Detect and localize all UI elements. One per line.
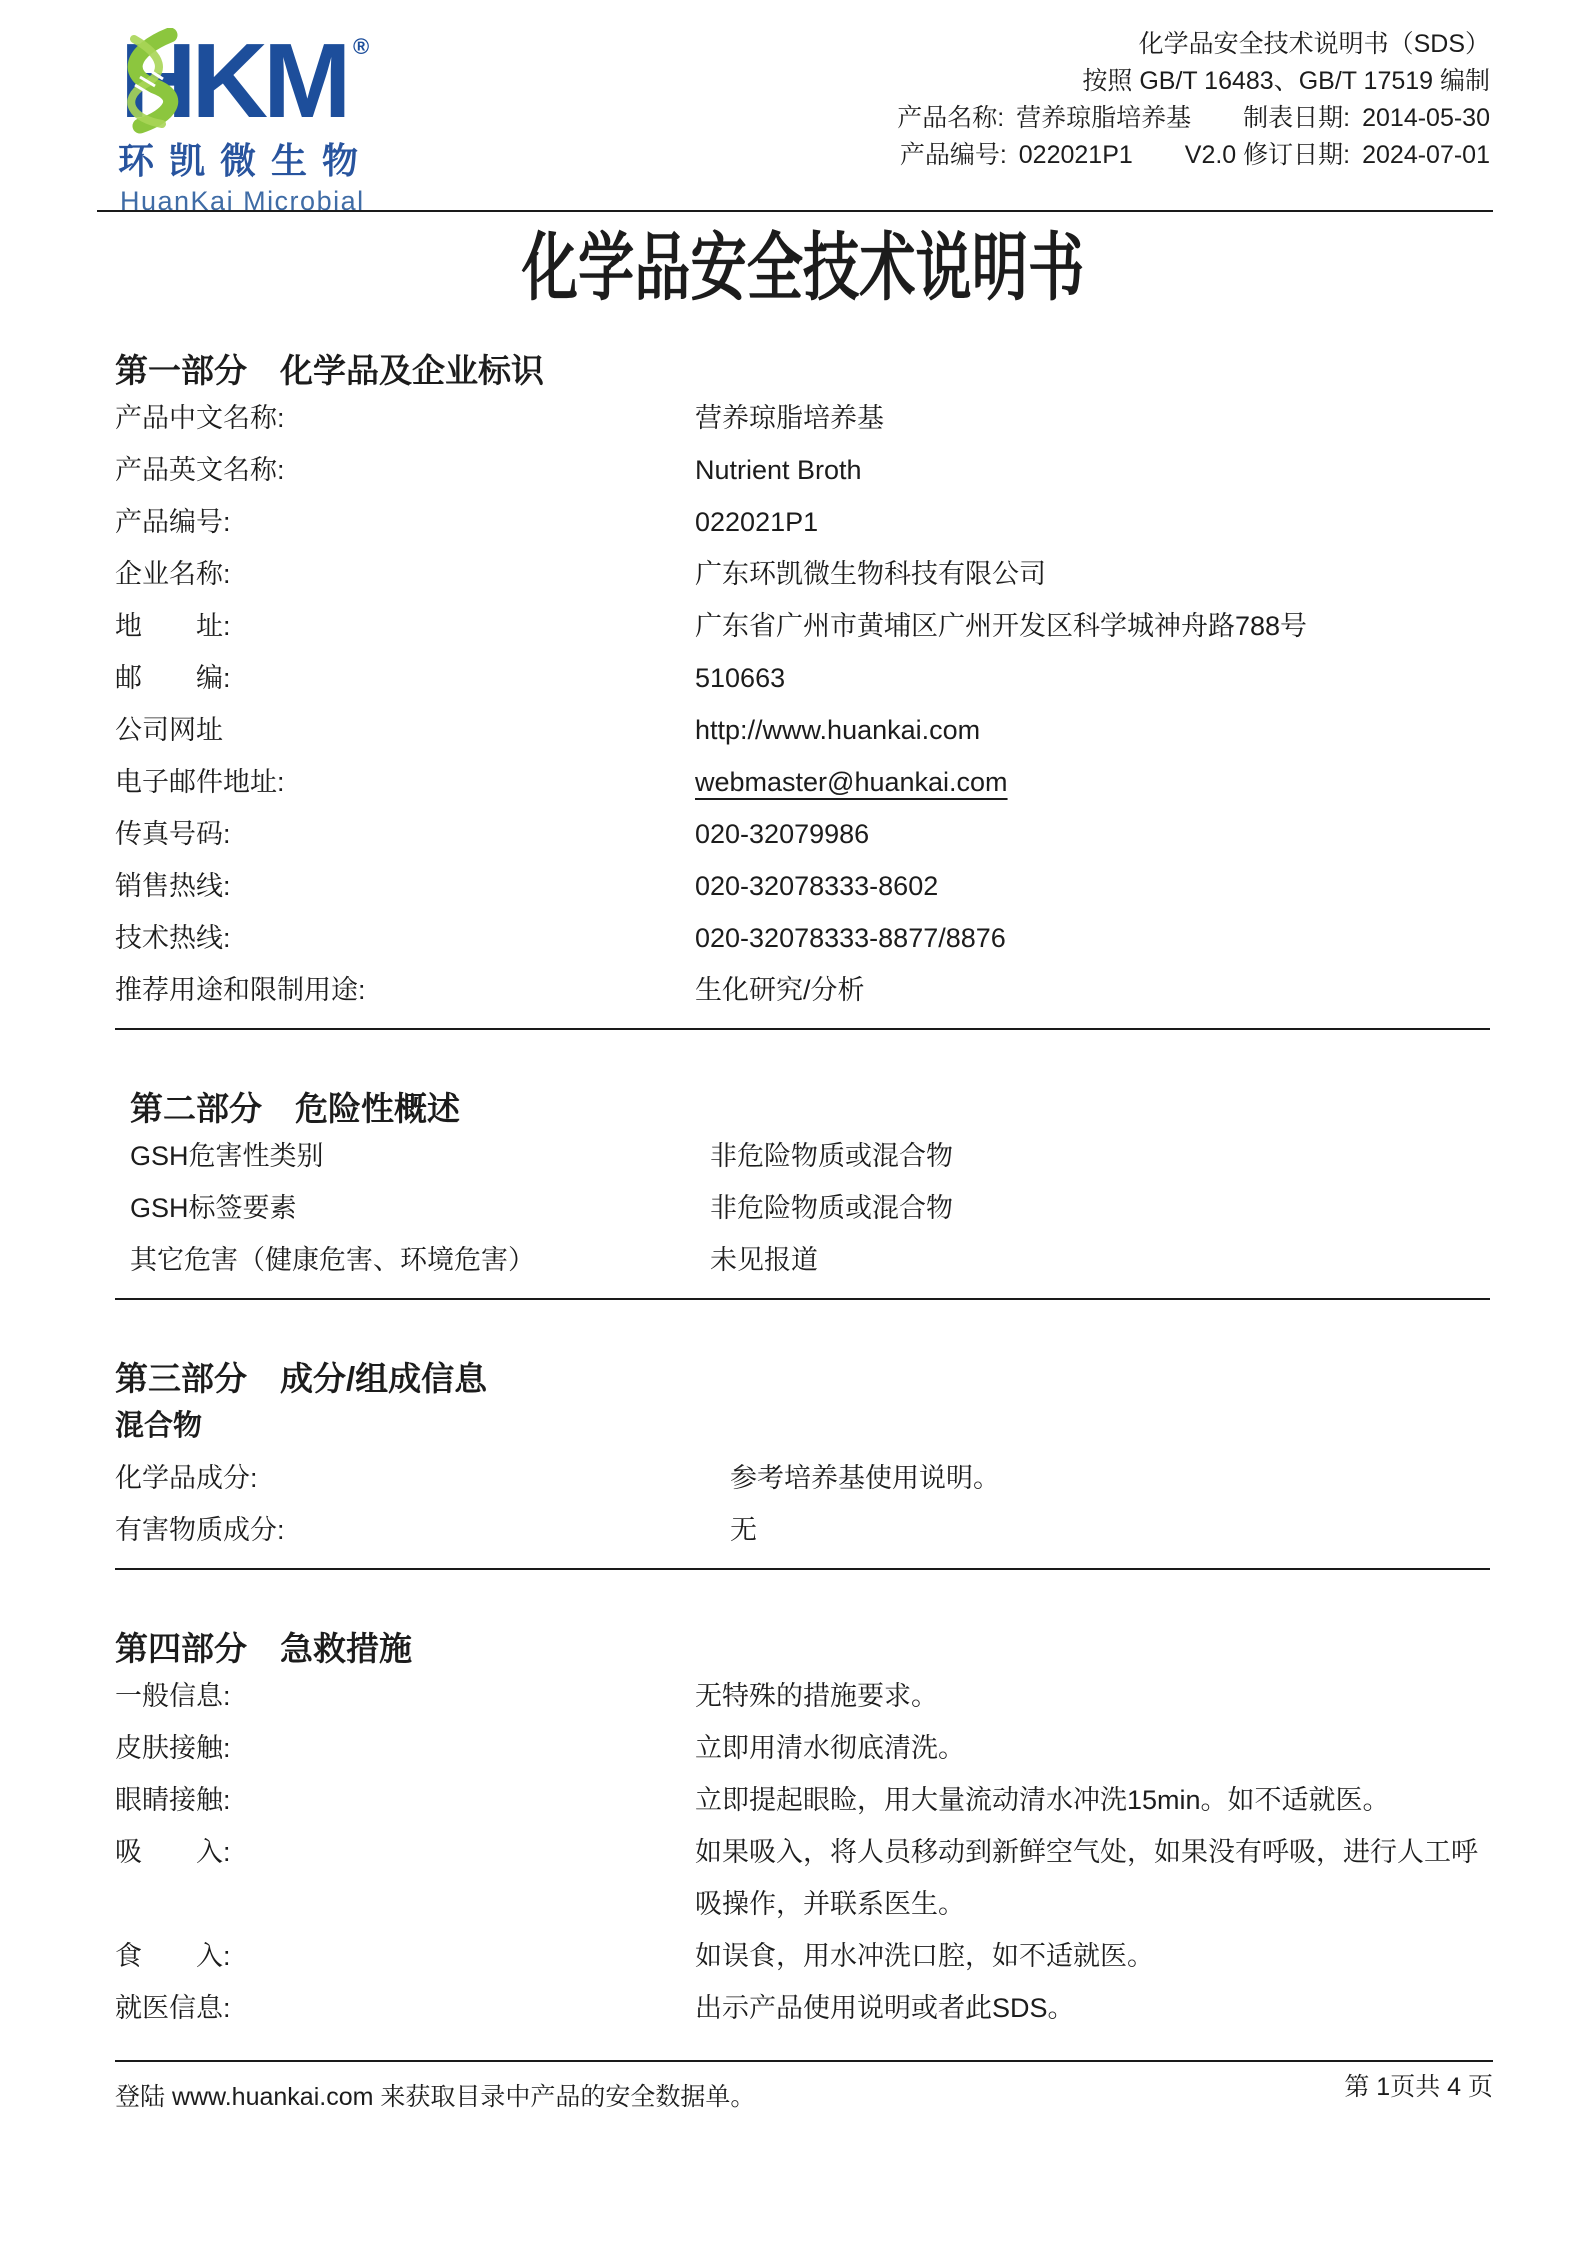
section-1: 第一部分化学品及企业标识产品中文名称:营养琼脂培养基产品英文名称:Nutrien… — [115, 350, 1490, 1030]
field-label: GSH危害性类别 — [130, 1130, 710, 1182]
product-code-value: 022021P1 — [1019, 141, 1133, 169]
section-title: 危险性概述 — [295, 1090, 460, 1127]
document-body: 化学品安全技术说明书 第一部分化学品及企业标识产品中文名称:营养琼脂培养基产品英… — [115, 210, 1490, 2034]
field-row: 一般信息:无特殊的措施要求。 — [115, 1670, 1490, 1722]
field-row: 其它危害（健康危害、环境危害）未见报道 — [130, 1234, 1490, 1286]
product-code-pair: 产品编号:022021P1 — [900, 137, 1133, 174]
field-label: 吸 入: — [115, 1826, 695, 1878]
field-row: 邮 编:510663 — [115, 652, 1490, 704]
field-label: 推荐用途和限制用途: — [115, 964, 695, 1016]
field-label: 传真号码: — [115, 808, 695, 860]
field-row: 皮肤接触:立即用清水彻底清洗。 — [115, 1722, 1490, 1774]
logo-cn-text: 环凯微生物 — [118, 143, 430, 179]
field-value: 生化研究/分析 — [695, 964, 1490, 1016]
field-value: 立即提起眼睑，用大量流动清水冲洗15min。如不适就医。 — [695, 1774, 1490, 1826]
field-label: 眼睛接触: — [115, 1774, 695, 1826]
field-value: 未见报道 — [710, 1234, 1490, 1286]
field-row: 化学品成分:参考培养基使用说明。 — [115, 1452, 1490, 1504]
field-value: 510663 — [695, 652, 1490, 704]
field-label: 技术热线: — [115, 912, 695, 964]
made-date-value: 2014-05-30 — [1362, 104, 1490, 132]
field-row: 地 址:广东省广州市黄埔区广州开发区科学城神舟路788号 — [115, 600, 1490, 652]
section-divider — [115, 1568, 1490, 1570]
field-row: 推荐用途和限制用途:生化研究/分析 — [115, 964, 1490, 1016]
email-link[interactable]: webmaster@huankai.com — [695, 756, 1490, 808]
product-name-line: 产品名称:营养琼脂培养基 制表日期:2014-05-30 — [897, 100, 1490, 137]
product-code-label: 产品编号: — [900, 141, 1007, 169]
field-label: 一般信息: — [115, 1670, 695, 1722]
footer: 登陆 www.huankai.com 来获取目录中产品的安全数据单。 第 1页共… — [115, 2060, 1493, 2113]
field-label: 食 入: — [115, 1930, 695, 1982]
field-label: 就医信息: — [115, 1982, 695, 2034]
sds-page: HKM ® 环凯微生物 HuanKai Microbial 化学品安全技术说明书… — [0, 0, 1587, 2245]
section-heading: 第二部分危险性概述 — [130, 1088, 1490, 1130]
field-row: 眼睛接触:立即提起眼睑，用大量流动清水冲洗15min。如不适就医。 — [115, 1774, 1490, 1826]
field-value: 出示产品使用说明或者此SDS。 — [695, 1982, 1490, 2034]
section-title: 成分/组成信息 — [280, 1360, 487, 1397]
field-label: 公司网址 — [115, 704, 695, 756]
header-meta: 化学品安全技术说明书（SDS） 按照 GB/T 16483、GB/T 17519… — [897, 26, 1490, 174]
field-value: 如果吸入，将人员移动到新鲜空气处，如果没有呼吸，进行人工呼吸操作，并联系医生。 — [695, 1826, 1490, 1930]
field-value: 非危险物质或混合物 — [710, 1182, 1490, 1234]
section-heading: 第三部分成分/组成信息 — [115, 1358, 1490, 1400]
field-label: 地 址: — [115, 600, 695, 652]
field-label: 销售热线: — [115, 860, 695, 912]
field-value: 无 — [730, 1504, 1490, 1556]
section-title: 化学品及企业标识 — [280, 352, 544, 389]
field-label: GSH标签要素 — [130, 1182, 710, 1234]
field-label: 产品英文名称: — [115, 444, 695, 496]
revision-date-label: V2.0 修订日期: — [1185, 141, 1350, 169]
field-value: 020-32078333-8877/8876 — [695, 912, 1490, 964]
field-value: 020-32078333-8602 — [695, 860, 1490, 912]
field-row: GSH危害性类别非危险物质或混合物 — [130, 1130, 1490, 1182]
field-value: 广东环凯微生物科技有限公司 — [695, 548, 1490, 600]
company-logo: HKM ® 环凯微生物 HuanKai Microbial — [110, 28, 430, 215]
section-heading: 第四部分急救措施 — [115, 1628, 1490, 1670]
field-value: 营养琼脂培养基 — [695, 392, 1490, 444]
section-3: 第三部分成分/组成信息混合物化学品成分:参考培养基使用说明。有害物质成分:无 — [115, 1358, 1490, 1570]
field-value: 020-32079986 — [695, 808, 1490, 860]
made-date-label: 制表日期: — [1243, 104, 1350, 132]
registered-mark-icon: ® — [353, 34, 369, 59]
field-row: 传真号码:020-32079986 — [115, 808, 1490, 860]
document-title: 化学品安全技术说明书 — [521, 230, 1083, 306]
field-row: 公司网址http://www.huankai.com — [115, 704, 1490, 756]
section-4: 第四部分急救措施一般信息:无特殊的措施要求。皮肤接触:立即用清水彻底清洗。眼睛接… — [115, 1628, 1490, 2034]
document-title-wrap: 化学品安全技术说明书 — [115, 230, 1490, 306]
field-row: 就医信息:出示产品使用说明或者此SDS。 — [115, 1982, 1490, 2034]
hkm-logo-mark: HKM ® — [110, 28, 410, 134]
section-title: 急救措施 — [280, 1630, 412, 1667]
section-number: 第二部分 — [130, 1090, 262, 1127]
product-name-pair: 产品名称:营养琼脂培养基 — [897, 100, 1191, 137]
product-name-value: 营养琼脂培养基 — [1016, 104, 1191, 132]
field-label: 邮 编: — [115, 652, 695, 704]
field-row: 企业名称:广东环凯微生物科技有限公司 — [115, 548, 1490, 600]
field-value: Nutrient Broth — [695, 444, 1490, 496]
field-value: http://www.huankai.com — [695, 704, 1490, 756]
field-label: 电子邮件地址: — [115, 756, 695, 808]
field-label: 皮肤接触: — [115, 1722, 695, 1774]
doc-type-line: 化学品安全技术说明书（SDS） — [897, 26, 1490, 63]
section-2: 第二部分危险性概述GSH危害性类别非危险物质或混合物GSH标签要素非危险物质或混… — [115, 1088, 1490, 1300]
sections: 第一部分化学品及企业标识产品中文名称:营养琼脂培养基产品英文名称:Nutrien… — [115, 350, 1490, 2034]
field-row: 产品中文名称:营养琼脂培养基 — [115, 392, 1490, 444]
field-value: 立即用清水彻底清洗。 — [695, 1722, 1490, 1774]
field-row: 有害物质成分:无 — [115, 1504, 1490, 1556]
section-number: 第三部分 — [115, 1360, 247, 1397]
field-value: 022021P1 — [695, 496, 1490, 548]
standard-line: 按照 GB/T 16483、GB/T 17519 编制 — [897, 63, 1490, 100]
field-row: 产品编号:022021P1 — [115, 496, 1490, 548]
field-value: 如误食，用水冲洗口腔，如不适就医。 — [695, 1930, 1490, 1982]
field-label: 化学品成分: — [115, 1452, 730, 1504]
field-label: 其它危害（健康危害、环境危害） — [130, 1234, 710, 1286]
product-code-line: 产品编号:022021P1 V2.0 修订日期:2024-07-01 — [897, 137, 1490, 174]
section-subheading: 混合物 — [115, 1400, 1490, 1452]
field-row: 电子邮件地址:webmaster@huankai.com — [115, 756, 1490, 808]
field-row: GSH标签要素非危险物质或混合物 — [130, 1182, 1490, 1234]
field-value: 无特殊的措施要求。 — [695, 1670, 1490, 1722]
field-row: 食 入:如误食，用水冲洗口腔，如不适就医。 — [115, 1930, 1490, 1982]
footer-row: 登陆 www.huankai.com 来获取目录中产品的安全数据单。 第 1页共… — [115, 2062, 1493, 2113]
product-name-label: 产品名称: — [897, 104, 1004, 132]
field-label: 有害物质成分: — [115, 1504, 730, 1556]
section-divider — [115, 1298, 1490, 1300]
section-divider — [115, 1028, 1490, 1030]
section-heading: 第一部分化学品及企业标识 — [115, 350, 1490, 392]
field-row: 产品英文名称:Nutrient Broth — [115, 444, 1490, 496]
field-label: 企业名称: — [115, 548, 695, 600]
revision-date-value: 2024-07-01 — [1362, 141, 1490, 169]
field-label: 产品编号: — [115, 496, 695, 548]
section-number: 第一部分 — [115, 352, 247, 389]
section-number: 第四部分 — [115, 1630, 247, 1667]
field-value: 非危险物质或混合物 — [710, 1130, 1490, 1182]
footer-note: 登陆 www.huankai.com 来获取目录中产品的安全数据单。 — [115, 2077, 755, 2113]
field-row: 销售热线:020-32078333-8602 — [115, 860, 1490, 912]
field-value: 广东省广州市黄埔区广州开发区科学城神舟路788号 — [695, 600, 1490, 652]
field-row: 吸 入:如果吸入，将人员移动到新鲜空气处，如果没有呼吸，进行人工呼吸操作，并联系… — [115, 1826, 1490, 1930]
header: HKM ® 环凯微生物 HuanKai Microbial 化学品安全技术说明书… — [0, 0, 1587, 210]
page-number: 第 1页共 4 页 — [1344, 2067, 1493, 2103]
field-value: 参考培养基使用说明。 — [730, 1452, 1490, 1504]
made-date-pair: 制表日期:2014-05-30 — [1243, 100, 1490, 137]
revision-date-pair: V2.0 修订日期:2024-07-01 — [1185, 137, 1490, 174]
field-label: 产品中文名称: — [115, 392, 695, 444]
field-row: 技术热线:020-32078333-8877/8876 — [115, 912, 1490, 964]
